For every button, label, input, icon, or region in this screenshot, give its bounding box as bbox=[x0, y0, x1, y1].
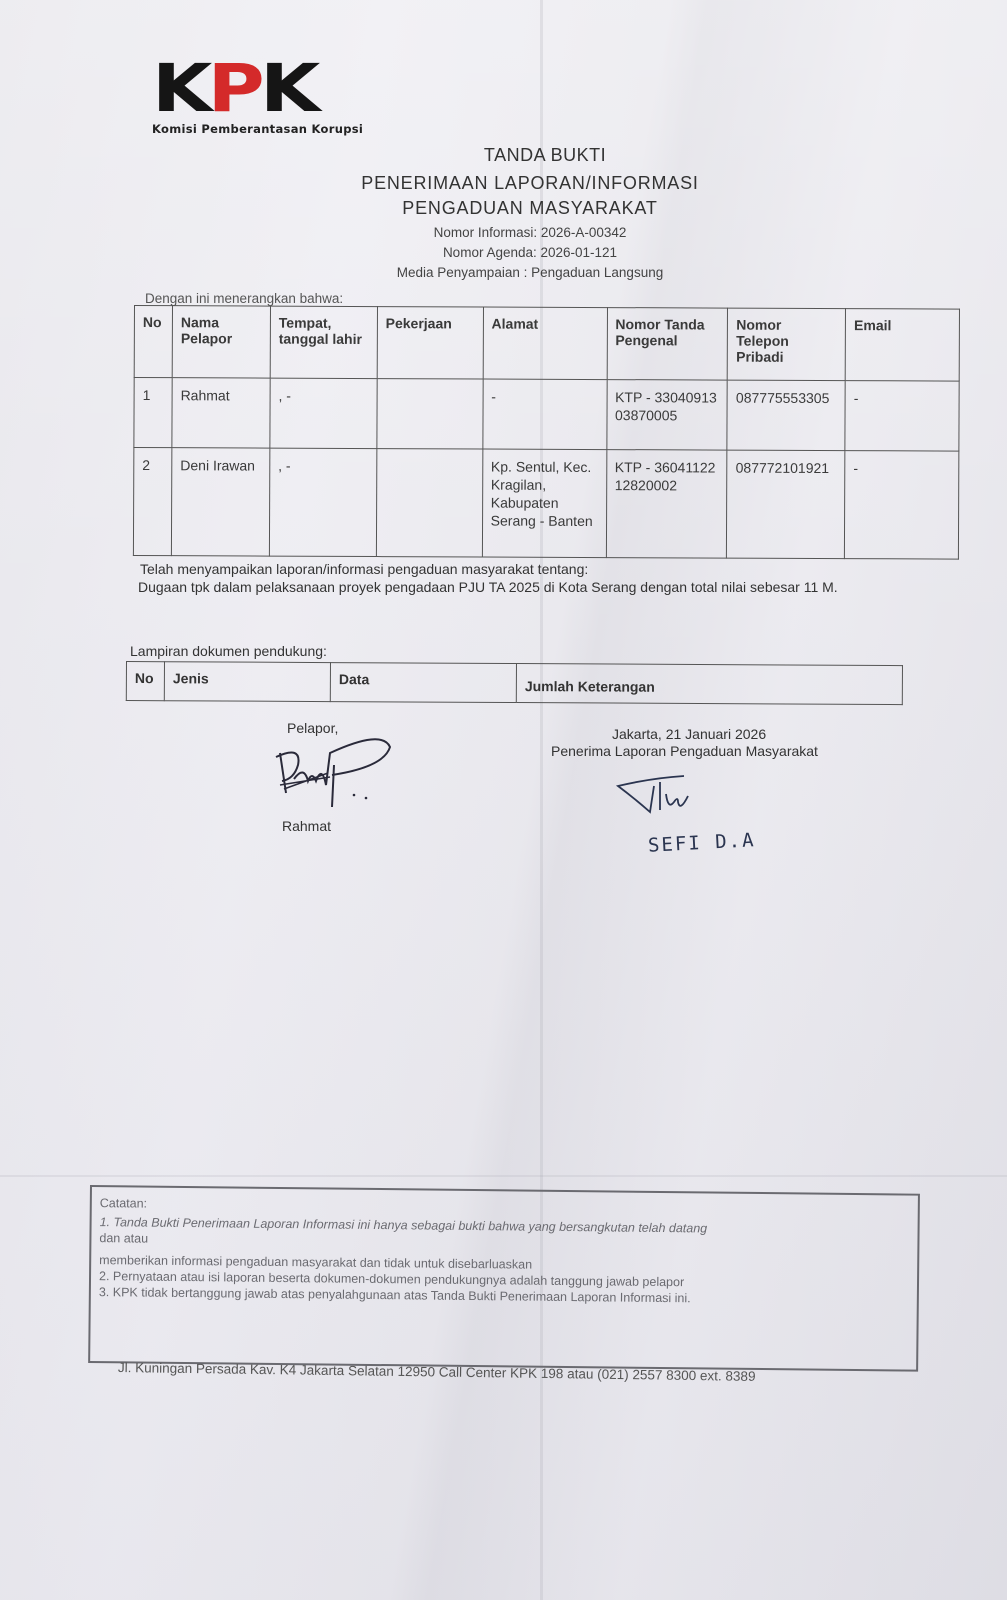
cell-no: 2 bbox=[133, 448, 171, 556]
document-header: TANDA BUKTI PENERIMAAN LAPORAN/INFORMASI… bbox=[300, 145, 760, 283]
att-col-jenis: Jenis bbox=[164, 662, 330, 702]
col-header-alamat: Alamat bbox=[483, 307, 607, 380]
cell-pekerjaan bbox=[377, 379, 483, 449]
cell-ttl: , - bbox=[269, 448, 376, 556]
kpk-logo: KPK Komisi Pemberantasan Korupsi bbox=[152, 58, 363, 136]
attachments-label: Lampiran dokumen pendukung: bbox=[130, 643, 327, 659]
col-header-nama: Nama Pelapor bbox=[172, 306, 270, 378]
kpk-logo-mark: KPK bbox=[152, 58, 316, 120]
reporter-signature bbox=[272, 735, 397, 815]
cell-ttl: , - bbox=[270, 378, 377, 448]
paper-fold-horizontal bbox=[0, 1175, 1007, 1177]
title-line-2: PENERIMAAN LAPORAN/INFORMASI bbox=[300, 173, 760, 194]
document-meta: Nomor Informasi: 2026-A-00342 Nomor Agen… bbox=[300, 223, 760, 283]
intro-text: Dengan ini menerangkan bahwa: bbox=[145, 291, 343, 306]
attachments-table: No Jenis Data Jumlah Keterangan bbox=[126, 661, 903, 705]
cell-telepon: 087772101921 bbox=[727, 450, 845, 559]
col-header-tanda-pengenal: Nomor Tanda Pengenal bbox=[607, 308, 728, 381]
col-header-ttl: Tempat, tanggal lahir bbox=[270, 306, 377, 378]
att-col-data: Data bbox=[330, 663, 516, 703]
reporters-table: No Nama Pelapor Tempat, tanggal lahir Pe… bbox=[133, 305, 960, 560]
logo-letter-k: K bbox=[152, 50, 208, 127]
attachments-header-row: No Jenis Data Jumlah Keterangan bbox=[126, 662, 902, 705]
receiver-label: Penerima Laporan Pengaduan Masyarakat bbox=[551, 743, 818, 759]
report-subject-text: Dugaan tpk dalam pelaksanaan proyek peng… bbox=[138, 579, 838, 595]
reporter-label: Pelapor, bbox=[287, 720, 338, 736]
cell-tanda-pengenal: KTP - 3304091303870005 bbox=[606, 380, 727, 451]
col-header-telepon: Nomor Telepon Pribadi bbox=[728, 308, 846, 381]
cell-alamat: Kp. Sentul, Kec. Kragilan, Kabupaten Ser… bbox=[482, 449, 606, 558]
cell-tanda-pengenal: KTP - 3604112212820002 bbox=[606, 450, 727, 559]
table-header-row: No Nama Pelapor Tempat, tanggal lahir Pe… bbox=[134, 306, 959, 382]
col-header-email: Email bbox=[845, 309, 959, 381]
receiver-signature bbox=[612, 772, 702, 827]
cell-alamat: - bbox=[483, 379, 607, 450]
logo-letter-k: K bbox=[260, 50, 316, 127]
att-col-no: No bbox=[126, 662, 164, 701]
city-date: Jakarta, 21 Januari 2026 bbox=[612, 726, 766, 742]
col-header-no: No bbox=[134, 306, 172, 378]
table-row: 2 Deni Irawan , - Kp. Sentul, Kec. Kragi… bbox=[133, 448, 958, 560]
logo-letter-p: P bbox=[208, 50, 260, 127]
nomor-agenda: Nomor Agenda: 2026-01-121 bbox=[300, 243, 760, 263]
reporter-name: Rahmat bbox=[282, 818, 331, 834]
report-subject-label: Telah menyampaikan laporan/informasi pen… bbox=[140, 561, 588, 577]
cell-no: 1 bbox=[134, 378, 172, 448]
title-line-1: TANDA BUKTI bbox=[330, 145, 760, 166]
cell-email: - bbox=[845, 451, 959, 559]
notes-box: Catatan: 1. Tanda Bukti Penerimaan Lapor… bbox=[88, 1185, 920, 1372]
cell-email: - bbox=[845, 381, 959, 451]
cell-pekerjaan bbox=[376, 449, 482, 557]
cell-nama: Deni Irawan bbox=[171, 448, 269, 556]
col-header-pekerjaan: Pekerjaan bbox=[377, 307, 483, 379]
att-col-jumlah-keterangan: Jumlah Keterangan bbox=[516, 664, 902, 705]
cell-nama: Rahmat bbox=[172, 378, 270, 448]
media-penyampaian: Media Penyampaian : Pengaduan Langsung bbox=[300, 263, 760, 283]
title-line-3: PENGADUAN MASYARAKAT bbox=[300, 198, 760, 219]
nomor-informasi: Nomor Informasi: 2026-A-00342 bbox=[300, 223, 760, 243]
cell-telepon: 087775553305 bbox=[727, 380, 845, 451]
table-row: 1 Rahmat , - - KTP - 3304091303870005 08… bbox=[134, 378, 959, 452]
